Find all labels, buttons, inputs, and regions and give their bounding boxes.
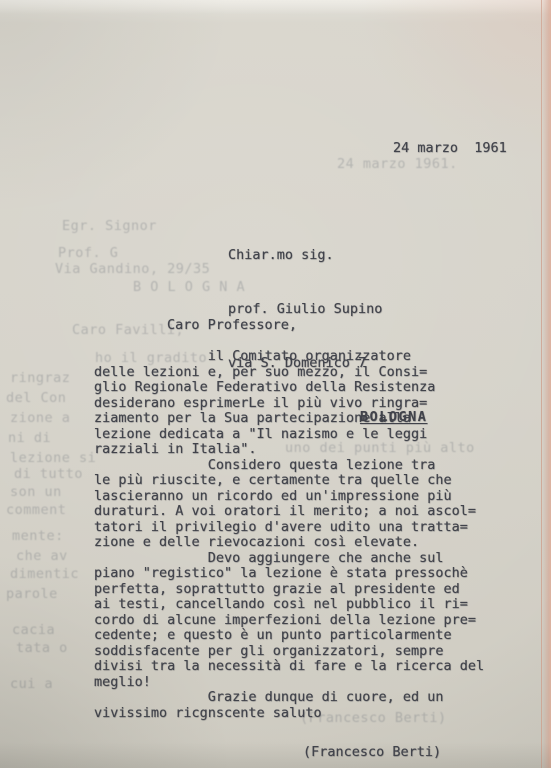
bleedthrough-text: tata o — [16, 640, 68, 656]
bleedthrough-text: Via Gandino, 29/35 — [55, 261, 210, 277]
typed-line: Considero questa lezione tra — [94, 458, 484, 474]
bleedthrough-text: Egr. Signor — [62, 218, 157, 234]
bleedthrough-text: mente: — [12, 528, 64, 544]
recipient-title: Chiar.mo sig. — [228, 246, 427, 264]
bleedthrough-text: comment — [6, 502, 66, 518]
typed-line: meglio! — [94, 675, 484, 691]
typed-line: duraturi. A voi oratori il merito; a noi… — [94, 504, 484, 520]
typed-line: Devo aggiungere che anche sul — [94, 551, 484, 567]
bleedthrough-text: parole — [6, 586, 58, 602]
typed-line: Grazie dunque di cuore, ed un — [94, 690, 484, 706]
bleedthrough-text: ni di — [8, 430, 51, 446]
typed-line: zione e delle rievocazioni così elevate. — [94, 535, 484, 551]
bleedthrough-text: 24 marzo 1961. — [337, 156, 458, 172]
typed-line: desiderano esprimerLe il più vivo ringra… — [94, 396, 484, 412]
bleedthrough-text: zione a — [10, 410, 70, 426]
salutation: Caro Professore, — [167, 318, 297, 334]
typed-line: le più riuscite, e certamente tra quelle… — [94, 473, 484, 489]
typed-line: cedente; e questo è un punto particolarm… — [94, 628, 484, 644]
typed-line: glio Regionale Federativo della Resisten… — [94, 380, 484, 396]
typed-line: perfetta, soprattutto grazie al presiden… — [94, 582, 484, 598]
bleedthrough-text: di tutto — [14, 466, 83, 482]
scanned-letter-page: 24 marzo 1961.Egr. SignorProf. GVia Gand… — [0, 0, 551, 768]
typed-line: cordo di alcune imperfezioni della lezio… — [94, 613, 484, 629]
typed-line: piano "registico" la lezione è stata pre… — [94, 566, 484, 582]
typed-line: tatori il privilegio d'avere udito una t… — [94, 520, 484, 536]
typed-line: lezione dedicata a "Il nazismo e le legg… — [94, 427, 484, 443]
bleedthrough-text: son un — [10, 484, 62, 500]
typed-line: razziali in Italia". — [94, 442, 484, 458]
bleedthrough-text: ringraz — [10, 370, 70, 386]
bleedthrough-text: Prof. G — [58, 245, 118, 261]
typed-line: delle lezioni e, per suo mezzo, il Consi… — [94, 365, 484, 381]
typed-line: vivissimo ricgnscente saluto — [94, 706, 484, 722]
bleedthrough-text: cacia — [12, 622, 55, 638]
typed-line: il Comitato organizzatore — [94, 349, 484, 365]
typed-line: divisi tra la necessità di fare e la ric… — [94, 659, 484, 675]
letter-date: 24 marzo 1961 — [393, 141, 507, 157]
bleedthrough-text: che av — [16, 548, 68, 564]
typed-line: ziamento per la Sua partecipazione alla — [94, 411, 484, 427]
letter-body: il Comitato organizzatoredelle lezioni e… — [94, 349, 484, 721]
bleedthrough-text: cui a — [10, 676, 53, 692]
bleedthrough-text: lezione si — [10, 450, 96, 466]
recipient-name: prof. Giulio Supino — [228, 300, 427, 318]
typed-line: ai testi, cancellando così nel pubblico … — [94, 597, 484, 613]
bleedthrough-text: dimentic — [10, 566, 79, 582]
typed-line: lascieranno un ricordo ed un'impressione… — [94, 489, 484, 505]
typed-line: soddisfacente per gli organizzatori, sem… — [94, 644, 484, 660]
signature: (Francesco Berti) — [303, 745, 441, 761]
bleedthrough-text: del Con — [6, 390, 66, 406]
